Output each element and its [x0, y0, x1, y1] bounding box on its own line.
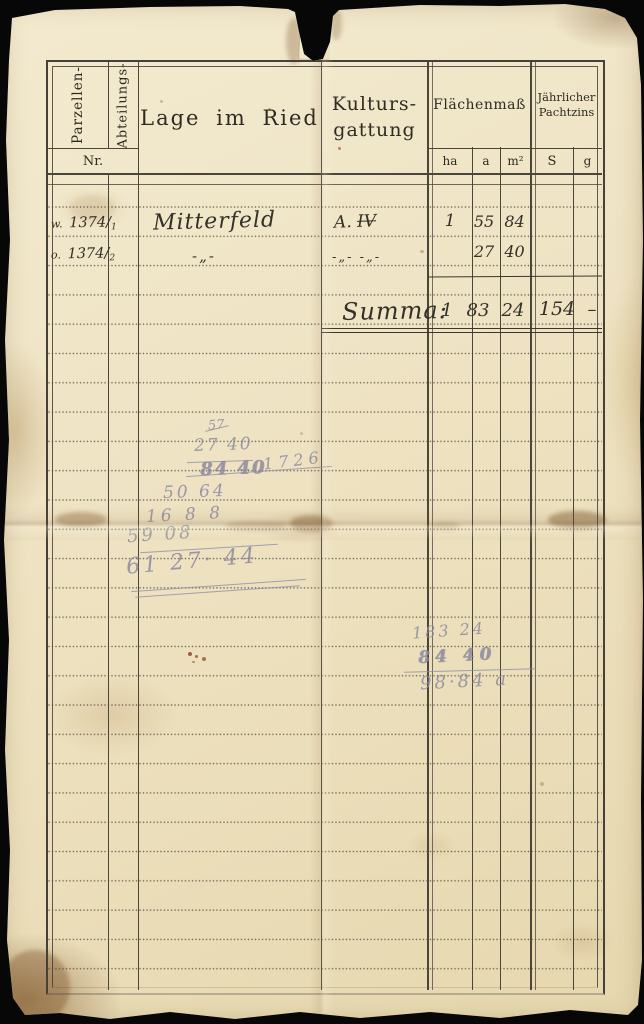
paper-edge-shading [0, 0, 644, 1024]
scanned-ledger-page: { "colors": {"paper": "#eee3c2", "ink": … [0, 0, 644, 1024]
paper-sheet: Parzellen- Abteilungs- Nr. Lage im Ried … [0, 0, 644, 1024]
